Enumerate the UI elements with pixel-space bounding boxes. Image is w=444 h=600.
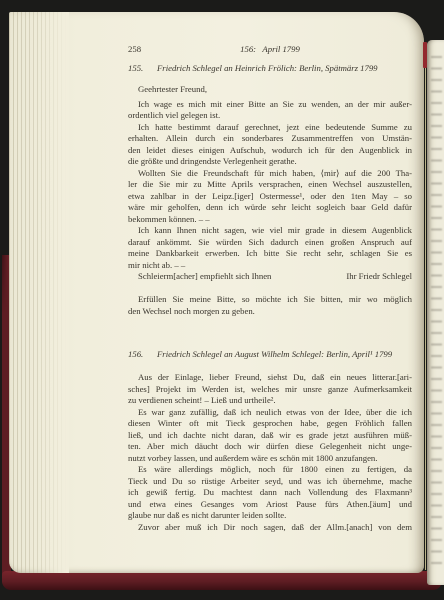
text-line: und etwa eines Gesanges vom Ariost Pause… — [128, 499, 412, 511]
paragraph: Ich wage es mich mit einer Bitte an Sie … — [128, 99, 412, 122]
text-line: meine Dankbarkeit erwerben. Ich bitte Si… — [128, 248, 412, 260]
text-line: darauf ankömmt. Sie würden Sich dadurch … — [128, 237, 412, 249]
letter-heading: 156.Friedrich Schlegel an August Wilhelm… — [128, 349, 412, 361]
book-cover-bottom-edge — [2, 571, 442, 590]
letter-heading: 155.Friedrich Schlegel an Heinrich Fröli… — [128, 63, 412, 75]
paragraph: Aus der Einlage, lieber Freund, siehst D… — [128, 372, 412, 407]
page-edge-highlight — [425, 46, 426, 570]
paragraph: Erfüllen Sie meine Bitte, so möchte ich … — [128, 294, 412, 317]
text-line: den leidet dieses einigen Aufschub, wodu… — [128, 145, 412, 157]
text-line: den Wechsel noch morgen zu geben. — [128, 306, 412, 318]
bookmark-ribbon — [423, 42, 427, 68]
text-line: die größte und dringendste Verlegenheit … — [128, 156, 412, 168]
text-line: ließ, und ich dachte nicht daran, daß wi… — [128, 430, 412, 442]
paragraph: Zuvor aber muß ich Dir noch sagen, daß d… — [128, 522, 412, 534]
paragraph: Es war ganz zufällig, daß ich neulich et… — [128, 407, 412, 465]
text-block: 258 156: April 1799 155.Friedrich Schleg… — [128, 44, 412, 533]
running-header: 156: April 1799 — [128, 44, 412, 56]
letter-number: 156. — [128, 349, 157, 361]
text-line: Wollten Sie die Freundschaft für mich ha… — [128, 168, 412, 180]
text-line: wäre mir geholfen, denn ich würde sehr l… — [128, 202, 412, 214]
signature: Ihr Friedr Schlegel — [346, 271, 412, 283]
paragraph: Wollten Sie die Freundschaft für mich ha… — [128, 168, 412, 226]
text-line: ler die Sie mir zu Mitte Aprils versprac… — [128, 179, 412, 191]
text-line: Es war ganz zufällig, daß ich neulich et… — [128, 407, 412, 419]
paragraph: Es wäre allerdings möglich, noch für 180… — [128, 464, 412, 522]
text-line: etwa zahlbar in der Leipz.[iger] Osterme… — [128, 191, 412, 203]
facing-page-faint-text — [431, 56, 442, 568]
text-line: glaube nur daß es nicht darunter leiden … — [128, 510, 412, 522]
text-line: Ich kann Ihnen nicht sagen, wie viel mir… — [128, 225, 412, 237]
text-line: Ich wage es mich mit einer Bitte an Sie … — [128, 99, 412, 111]
paragraph: Ich kann Ihnen nicht sagen, wie viel mir… — [128, 225, 412, 271]
letter-title: Friedrich Schlegel an Heinrich Frölich: … — [157, 63, 378, 75]
text-line: Erfüllen Sie meine Bitte, so möchte ich … — [128, 294, 412, 306]
letter-number: 155. — [128, 63, 157, 75]
text-line: diesen Winter oft mit Tieck gesprochen h… — [128, 418, 412, 430]
text-line: nutzt vorbey lassen, und außerdem wäre e… — [128, 453, 412, 465]
text-line: sches] Projekt im Werden ist, welches mi… — [128, 384, 412, 396]
text-line: Ich hatte bestimmt darauf gerechnet, jez… — [128, 122, 412, 134]
text-line: zu verdienen scheint! – Ließ und urtheil… — [128, 395, 412, 407]
text-line: ten. Aber mich däucht doch wir dürfen di… — [128, 441, 412, 453]
text-line: Tieck und Du so rüstige Arbeiter seyd, u… — [128, 476, 412, 488]
page-edge-stack — [9, 12, 69, 573]
paragraph: Ich hatte bestimmt darauf gerechnet, jez… — [128, 122, 412, 168]
text-line: bekommen können. – – — [128, 214, 412, 226]
closing-text: Schleierm[acher] empfiehlt sich Ihnen — [128, 271, 271, 283]
text-line: Zuvor aber muß ich Dir noch sagen, daß d… — [128, 522, 412, 534]
closing-line: Schleierm[acher] empfiehlt sich IhnenIhr… — [128, 271, 412, 283]
text-line: Es wäre allerdings möglich, noch für 180… — [128, 464, 412, 476]
salutation: Geehrtester Freund, — [128, 84, 412, 96]
letter-title: Friedrich Schlegel an August Wilhelm Sch… — [157, 349, 392, 361]
text-line: Aus der Einlage, lieber Freund, siehst D… — [128, 372, 412, 384]
letters-container: 155.Friedrich Schlegel an Heinrich Fröli… — [128, 63, 412, 534]
letter-block: 156.Friedrich Schlegel an August Wilhelm… — [128, 349, 412, 533]
text-line: ich gewiß fertig. Du machtest dann nach … — [128, 487, 412, 499]
text-line: mir nicht ab. – – — [128, 260, 412, 272]
text-line: erhalten. Allein durch ein sonderbares Z… — [128, 133, 412, 145]
page-header: 258 156: April 1799 — [128, 44, 412, 56]
scanned-book-photo: { "colors":{ "background":"#1b1b19", "co… — [0, 0, 444, 600]
facing-page-sliver — [427, 40, 444, 585]
letter-block: 155.Friedrich Schlegel an Heinrich Fröli… — [128, 63, 412, 318]
text-line: ordentlich viel gelegen ist. — [128, 110, 412, 122]
